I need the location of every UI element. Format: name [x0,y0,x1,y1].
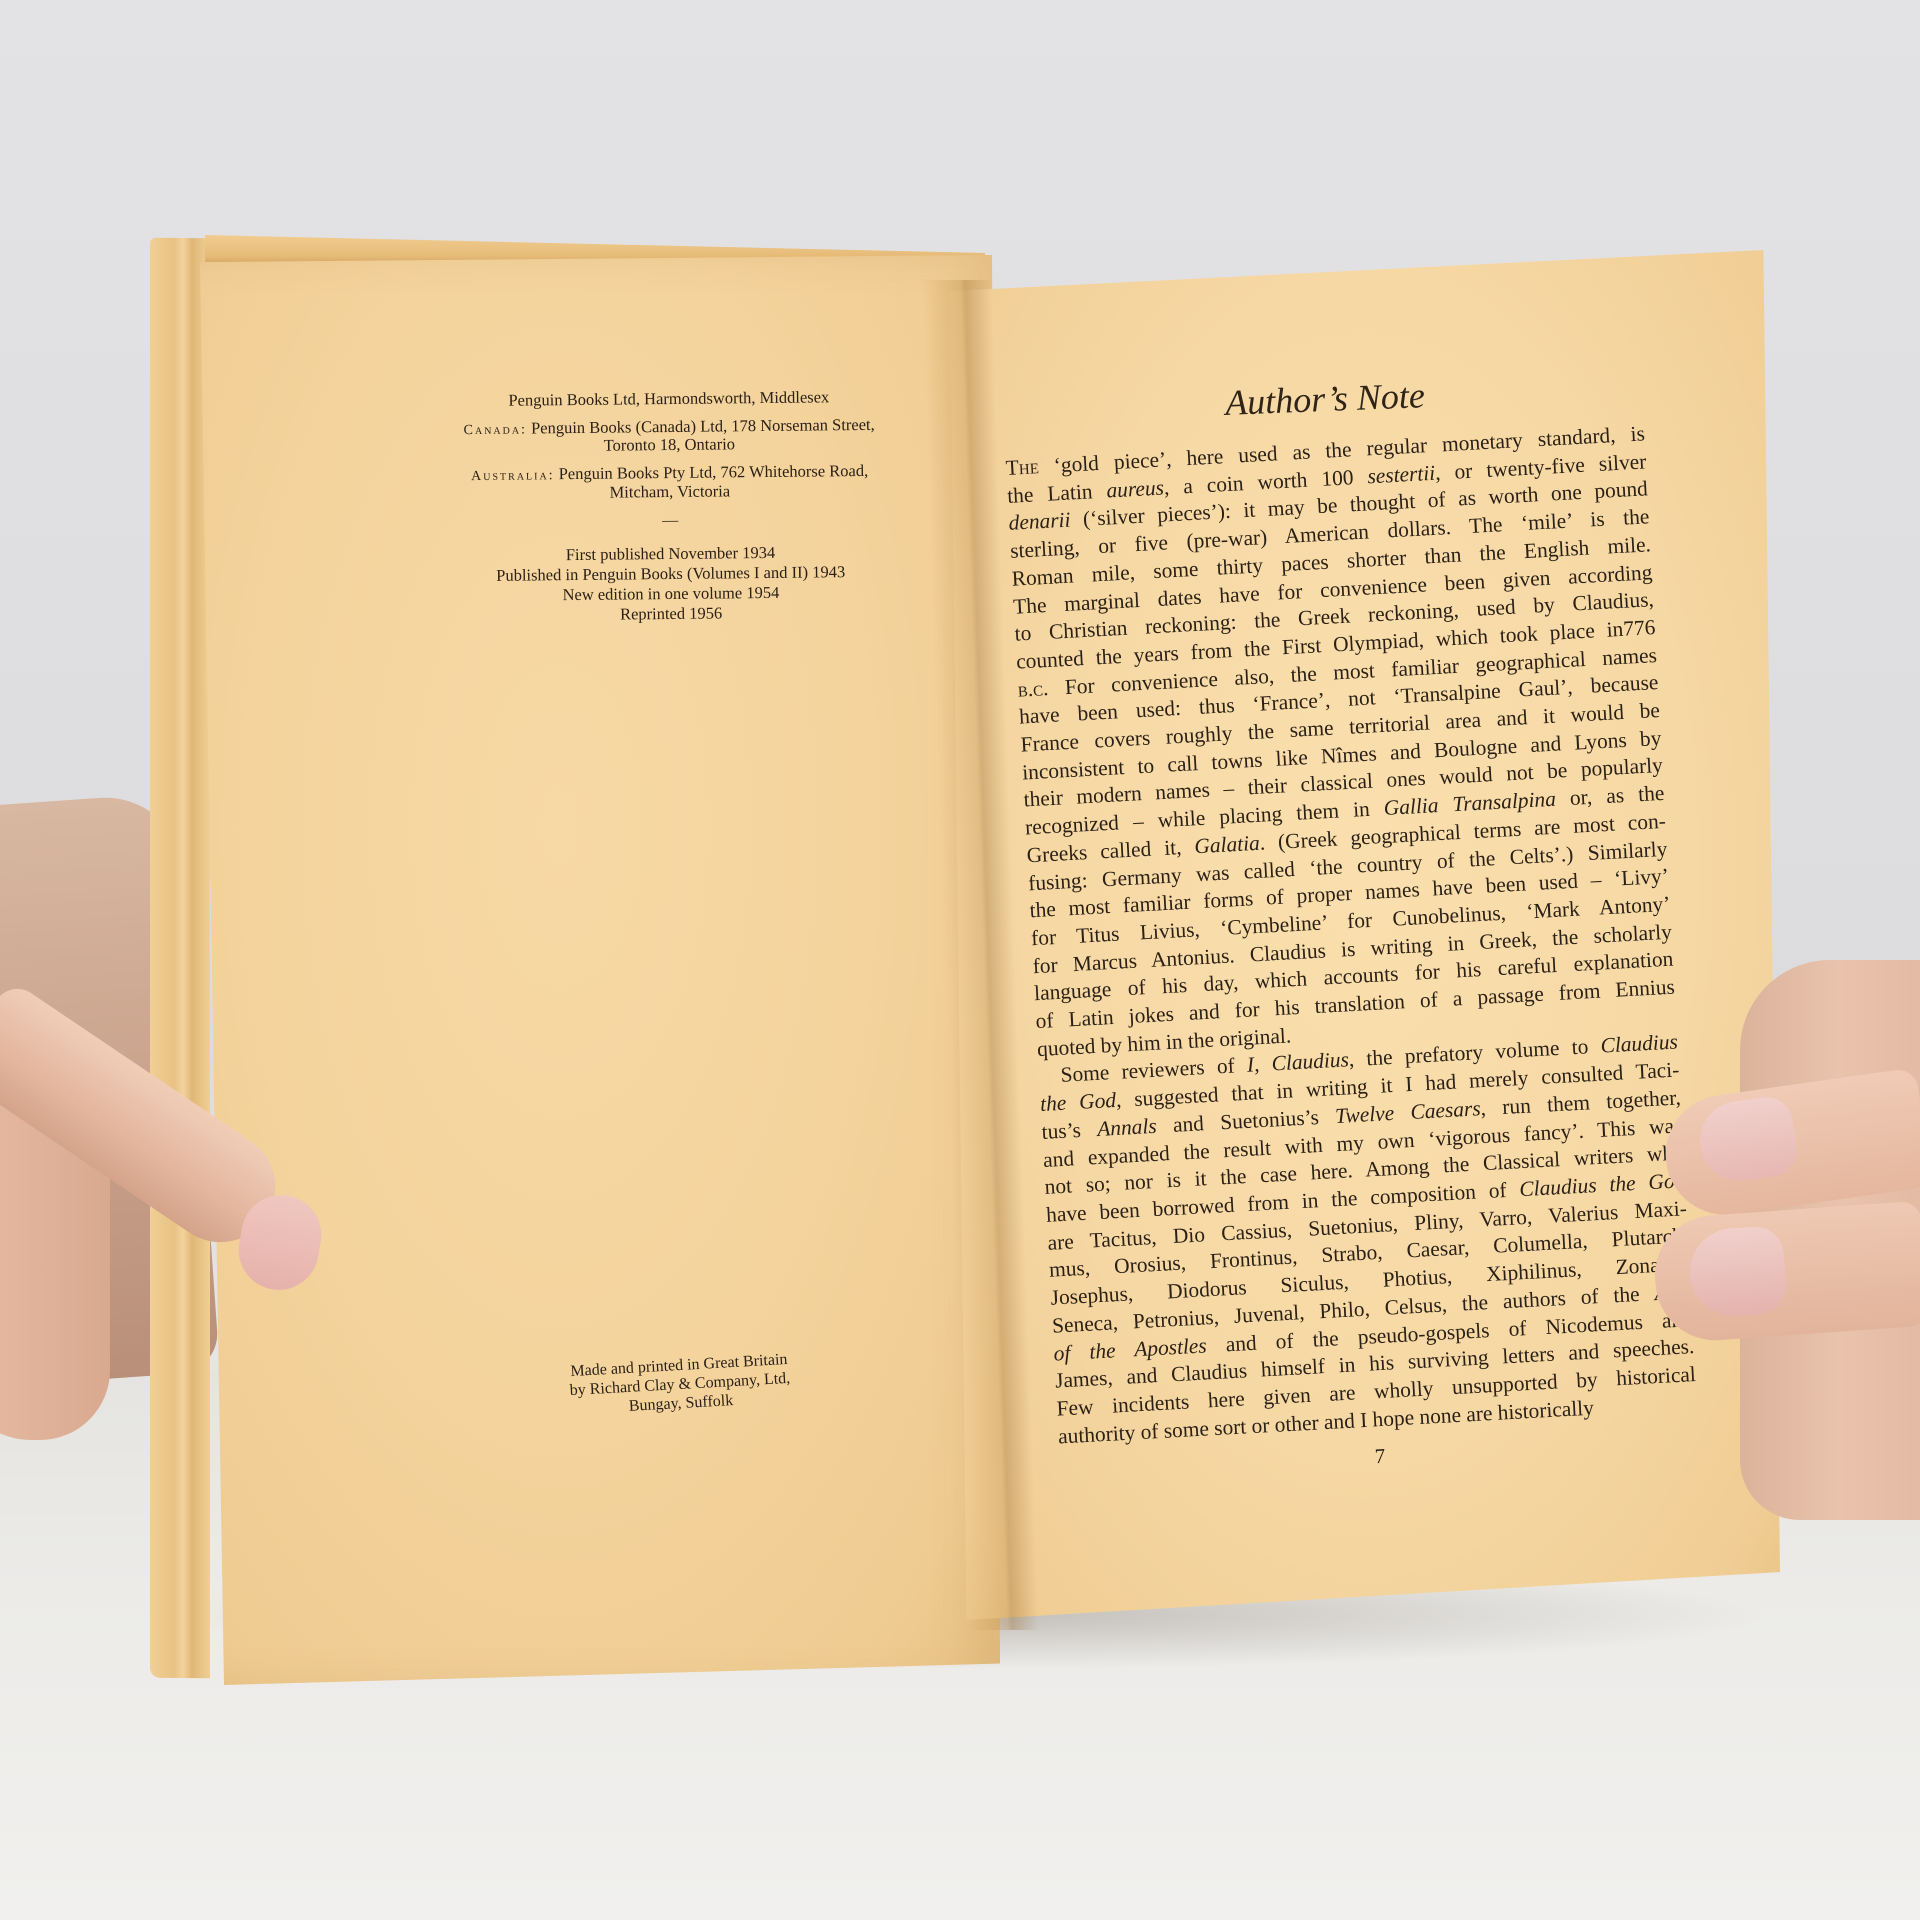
small-caps-lead: b.c. [1017,676,1049,702]
copyright-imprint: Penguin Books Ltd, Harmondsworth, Middle… [399,387,941,627]
text-span: or, as the [1555,781,1665,811]
text-span: the Latin [1007,478,1108,507]
publication-history: First published November 1934 Published … [400,541,941,627]
canada-line-1: Penguin Books (Canada) Ltd, 178 Norseman… [531,414,875,437]
italic-span: sestertii [1367,460,1436,488]
italic-span: Galatia [1194,831,1261,859]
australia-label: Australia: [471,468,555,484]
australia-line-1: Penguin Books Pty Ltd, 762 Whitehorse Ro… [559,461,869,483]
italic-span: Annals [1097,1114,1158,1141]
authors-note-body: The ‘gold piece’, here used as the regul… [1005,420,1698,1450]
text-span: tus’s [1041,1117,1098,1144]
canada-address: Canada: Penguin Books (Canada) Ltd, 178 … [399,415,939,458]
italic-span: denarii [1008,508,1071,535]
italic-span: Twelve Caesars [1335,1096,1482,1128]
page-stack-edge [150,238,210,1679]
italic-span: aureus [1106,475,1165,502]
page-number: 7 [1364,1443,1395,1470]
divider-dash: — [400,509,940,533]
italic-span: the God [1040,1088,1117,1116]
canada-label: Canada: [464,422,527,438]
australia-line-2: Mitcham, Victoria [609,481,730,501]
italic-span: I, Claudius [1246,1048,1349,1077]
italic-span: Claudius [1600,1030,1678,1058]
australia-address: Australia: Penguin Books Pty Ltd, 762 Wh… [400,461,940,504]
small-caps-lead: The [1005,454,1039,480]
canada-line-2: Toronto 18, Ontario [604,435,735,455]
